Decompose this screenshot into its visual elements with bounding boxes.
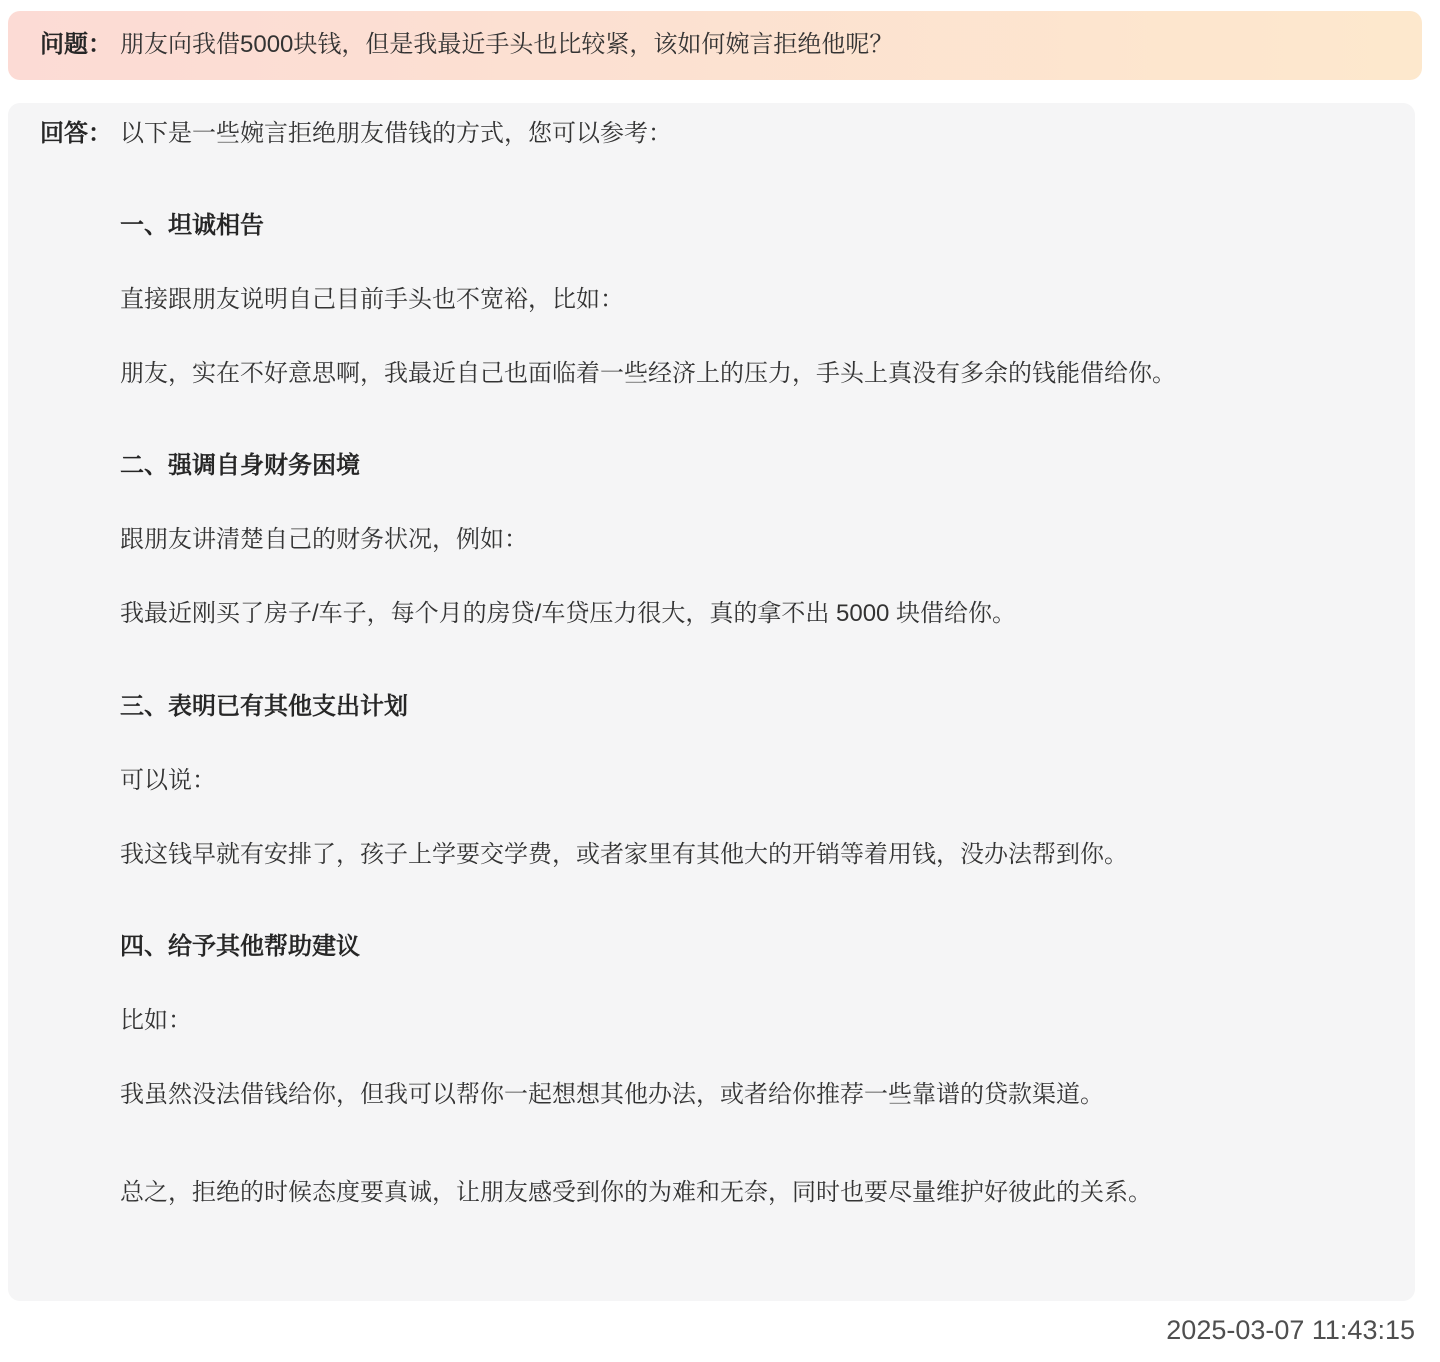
section-3-paragraph-1: 可以说： [120,764,1375,798]
section-3-paragraph-2: 我这钱早就有安排了，孩子上学要交学费，或者家里有其他大的开销等着用钱，没办法帮到… [120,838,1375,872]
section-heading-3: 三、表明已有其他支出计划 [120,690,1375,724]
section-2-paragraph-1: 跟朋友讲清楚自己的财务状况，例如： [120,523,1375,557]
timestamp: 2025-03-07 11:43:15 [1166,1315,1415,1345]
section-2-paragraph-2: 我最近刚买了房子/车子，每个月的房贷/车贷压力很大，真的拿不出 5000 块借给… [120,597,1375,631]
answer-intro: 以下是一些婉言拒绝朋友借钱的方式，您可以参考： [120,117,672,151]
section-heading-4: 四、给予其他帮助建议 [120,930,1375,964]
answer-conclusion: 总之，拒绝的时候态度要真诚，让朋友感受到你的为难和无奈，同时也要尽量维护好彼此的… [120,1176,1375,1210]
footer: 2025-03-07 11:43:15 [0,1313,1415,1348]
section-4-paragraph-2: 我虽然没法借钱给你，但我可以帮你一起想想其他办法，或者给你推荐一些靠谱的贷款渠道… [120,1078,1375,1112]
section-1-paragraph-2: 朋友，实在不好意思啊，我最近自己也面临着一些经济上的压力，手头上真没有多余的钱能… [120,357,1375,391]
section-1-paragraph-1: 直接跟朋友说明自己目前手头也不宽裕，比如： [120,283,1375,317]
answer-intro-line: 回答： 以下是一些婉言拒绝朋友借钱的方式，您可以参考： [40,117,1375,151]
section-heading-1: 一、坦诚相告 [120,209,1375,243]
answer-label: 回答： [40,117,120,151]
question-text: 朋友向我借5000块钱，但是我最近手头也比较紧，该如何婉言拒绝他呢？ [120,28,893,62]
question-banner: 问题： 朋友向我借5000块钱，但是我最近手头也比较紧，该如何婉言拒绝他呢？ [8,11,1422,80]
question-label: 问题： [40,28,120,62]
answer-panel: 回答： 以下是一些婉言拒绝朋友借钱的方式，您可以参考： 一、坦诚相告 直接跟朋友… [8,103,1415,1301]
qa-page: 问题： 朋友向我借5000块钱，但是我最近手头也比较紧，该如何婉言拒绝他呢？ 回… [0,0,1440,1362]
section-heading-2: 二、强调自身财务困境 [120,449,1375,483]
section-4-paragraph-1: 比如： [120,1004,1375,1038]
answer-body: 一、坦诚相告 直接跟朋友说明自己目前手头也不宽裕，比如： 朋友，实在不好意思啊，… [120,209,1375,1210]
